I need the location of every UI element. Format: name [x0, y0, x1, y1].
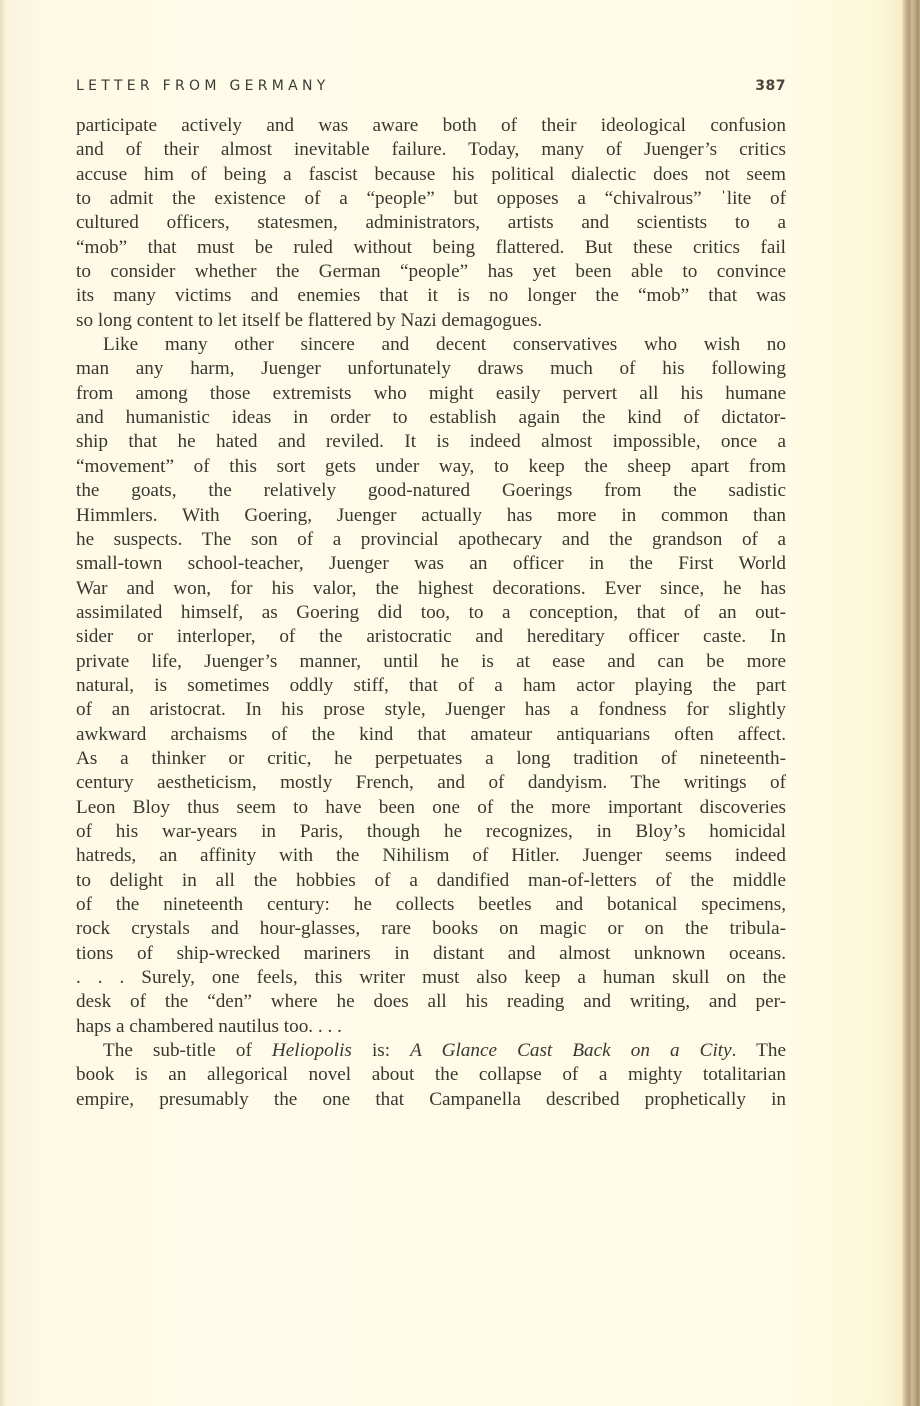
text-line: assimilated himself, as Goering did too,…	[76, 601, 786, 625]
text-line: Himmlers. With Goering, Juenger actually…	[76, 504, 786, 528]
book-page: LETTER FROM GERMANY 387 participate acti…	[76, 78, 786, 1112]
text-line: the goats, the relatively good-natured G…	[76, 479, 786, 503]
text-line: Like many other sincere and decent conse…	[76, 333, 786, 357]
book-title-italic: Heliopolis	[272, 1040, 352, 1061]
paragraph-3: The sub-title of Heliopolis is: A Glance…	[76, 1039, 786, 1112]
body-text: participate actively and was aware both …	[76, 114, 786, 1112]
text-line: hatreds, an affinity with the Nihilism o…	[76, 844, 786, 868]
text-line: so long content to let itself be flatter…	[76, 309, 786, 333]
text-line: book is an allegorical novel about the c…	[76, 1063, 786, 1087]
text-line: from among those extremists who might ea…	[76, 382, 786, 406]
text-line: private life, Juenger’s manner, until he…	[76, 650, 786, 674]
text-line: War and won, for his valor, the highest …	[76, 577, 786, 601]
text-line: “movement” of this sort gets under way, …	[76, 455, 786, 479]
book-spine-edge	[902, 0, 920, 1406]
text-line-with-titles: The sub-title of Heliopolis is: A Glance…	[76, 1039, 786, 1063]
text-run: The sub-title of	[103, 1040, 272, 1061]
page-number: 387	[755, 78, 786, 94]
running-head-title: LETTER FROM GERMANY	[76, 78, 330, 94]
text-line: desk of the “den” where he does all his …	[76, 990, 786, 1014]
text-line: . . . Surely, one feels, this writer mus…	[76, 966, 786, 990]
paragraph-1: participate actively and was aware both …	[76, 114, 786, 333]
text-line: Leon Bloy thus seem to have been one of …	[76, 796, 786, 820]
text-line: tions of ship-wrecked mariners in distan…	[76, 942, 786, 966]
text-line: of his war-years in Paris, though he rec…	[76, 820, 786, 844]
text-line: century aestheticism, mostly French, and…	[76, 771, 786, 795]
text-line: As a thinker or critic, he perpetuates a…	[76, 747, 786, 771]
subtitle-italic: A Glance Cast Back on a City	[410, 1040, 732, 1061]
text-line: sider or interloper, of the aristocratic…	[76, 625, 786, 649]
text-line: natural, is sometimes oddly stiff, that …	[76, 674, 786, 698]
text-line: cultured officers, statesmen, administra…	[76, 211, 786, 235]
text-line: of an aristocrat. In his prose style, Ju…	[76, 698, 786, 722]
text-line: accuse him of being a fascist because hi…	[76, 163, 786, 187]
text-line: to consider whether the German “people” …	[76, 260, 786, 284]
text-line: rock crystals and hour-glasses, rare boo…	[76, 917, 786, 941]
text-line: its many victims and enemies that it is …	[76, 284, 786, 308]
text-line: haps a chambered nautilus too. . . .	[76, 1015, 786, 1039]
text-line: to admit the existence of a “people” but…	[76, 187, 786, 211]
text-line: “mob” that must be ruled without being f…	[76, 236, 786, 260]
running-head: LETTER FROM GERMANY 387	[76, 78, 786, 106]
text-run: . The	[732, 1040, 786, 1061]
text-line: empire, presumably the one that Campanel…	[76, 1088, 786, 1112]
text-line: and humanistic ideas in order to establi…	[76, 406, 786, 430]
text-line: small-town school-teacher, Juenger was a…	[76, 552, 786, 576]
text-line: of the nineteenth century: he collects b…	[76, 893, 786, 917]
text-line: to delight in all the hobbies of a dandi…	[76, 869, 786, 893]
text-line: he suspects. The son of a provincial apo…	[76, 528, 786, 552]
text-line: participate actively and was aware both …	[76, 114, 786, 138]
text-run: is:	[352, 1040, 410, 1061]
text-line: ship that he hated and reviled. It is in…	[76, 430, 786, 454]
text-line: and of their almost inevitable failure. …	[76, 138, 786, 162]
text-line: awkward archaisms of the kind that amate…	[76, 723, 786, 747]
page-edge-shadow	[0, 0, 6, 1406]
text-line: man any harm, Juenger unfortunately draw…	[76, 357, 786, 381]
paragraph-2: Like many other sincere and decent conse…	[76, 333, 786, 1039]
